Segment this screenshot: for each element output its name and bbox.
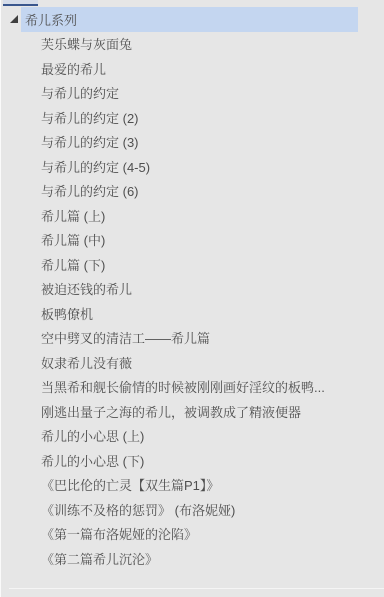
- tree-item[interactable]: 希儿的小心思 (下): [1, 448, 384, 473]
- tree-item-label: 希儿篇 (上): [41, 206, 105, 225]
- tree-item[interactable]: 与希儿的约定: [1, 81, 384, 106]
- tree-item[interactable]: 希儿篇 (中): [1, 228, 384, 253]
- tree-item[interactable]: 奴隶希儿没有薇: [1, 350, 384, 375]
- tree-item[interactable]: 被迫还钱的希儿: [1, 277, 384, 302]
- tree-item-label: 希儿篇 (下): [41, 255, 105, 274]
- tree-item-label: 《训练不及格的惩罚》 (布洛妮娅): [41, 500, 235, 519]
- tree-item-label: 希儿的小心思 (下): [41, 451, 144, 470]
- tree-item-label: 空中劈叉的清洁工——希儿篇: [41, 328, 210, 347]
- tree-item[interactable]: 《训练不及格的惩罚》 (布洛妮娅): [1, 497, 384, 522]
- tree-item-label: 希儿篇 (中): [41, 230, 105, 249]
- tree-item[interactable]: 空中劈叉的清洁工——希儿篇: [1, 326, 384, 351]
- chapter-tree: 希儿系列 芙乐蝶与灰面兔 最爱的希儿 与希儿的约定 与希儿的约定 (2): [1, 7, 384, 571]
- tree-item-label: 与希儿的约定 (2): [41, 108, 139, 127]
- tree-item[interactable]: 希儿篇 (上): [1, 203, 384, 228]
- tree-item-label: 《第一篇布洛妮娅的沦陷》: [41, 524, 197, 543]
- tree-item-label: 当黑希和舰长偷情的时候被刚刚画好淫纹的板鸭...: [41, 377, 325, 396]
- tree-item[interactable]: 芙乐蝶与灰面兔: [1, 32, 384, 57]
- tree-item-label: 与希儿的约定: [41, 83, 119, 102]
- tree-root-item[interactable]: 希儿系列: [1, 7, 384, 32]
- tree-item-label: 与希儿的约定 (3): [41, 132, 139, 151]
- tree-item-label: 与希儿的约定 (6): [41, 181, 139, 200]
- tree-items: 芙乐蝶与灰面兔 最爱的希儿 与希儿的约定 与希儿的约定 (2) 与希儿的约定 (…: [1, 32, 384, 571]
- panel-tab-stub[interactable]: [3, 0, 38, 6]
- tree-item[interactable]: 希儿篇 (下): [1, 252, 384, 277]
- bottom-divider: [9, 588, 384, 589]
- tree-item[interactable]: 《第二篇希儿沉沦》: [1, 546, 384, 571]
- outline-panel: 希儿系列 芙乐蝶与灰面兔 最爱的希儿 与希儿的约定 与希儿的约定 (2): [0, 0, 384, 597]
- tree-item[interactable]: 与希儿的约定 (2): [1, 105, 384, 130]
- tree-item[interactable]: 与希儿的约定 (3): [1, 130, 384, 155]
- tree-item[interactable]: 与希儿的约定 (4-5): [1, 154, 384, 179]
- tree-item[interactable]: 板鸭僚机: [1, 301, 384, 326]
- tree-item-label: 希儿的小心思 (上): [41, 426, 144, 445]
- tree-root-label: 希儿系列: [25, 10, 77, 29]
- tree-item[interactable]: 《第一篇布洛妮娅的沦陷》: [1, 522, 384, 547]
- tree-item[interactable]: 当黑希和舰长偷情的时候被刚刚画好淫纹的板鸭...: [1, 375, 384, 400]
- tree-item[interactable]: 刚逃出量子之海的希儿，被调教成了精液便器: [1, 399, 384, 424]
- tree-item-label: 芙乐蝶与灰面兔: [41, 34, 132, 53]
- tree-item[interactable]: 与希儿的约定 (6): [1, 179, 384, 204]
- tree-item[interactable]: 希儿的小心思 (上): [1, 424, 384, 449]
- expand-collapse-icon[interactable]: [9, 14, 19, 24]
- tree-item-label: 与希儿的约定 (4-5): [41, 157, 150, 176]
- tree-item-label: 《第二篇希儿沉沦》: [41, 549, 158, 568]
- tree-item[interactable]: 最爱的希儿: [1, 56, 384, 81]
- tree-item-label: 板鸭僚机: [41, 304, 93, 323]
- tree-item-label: 被迫还钱的希儿: [41, 279, 132, 298]
- tree-item-label: 《巴比伦的亡灵【双生篇P1】》: [41, 475, 219, 494]
- tree-item[interactable]: 《巴比伦的亡灵【双生篇P1】》: [1, 473, 384, 498]
- tree-item-label: 刚逃出量子之海的希儿，被调教成了精液便器: [41, 402, 301, 421]
- tree-item-label: 最爱的希儿: [41, 59, 106, 78]
- tree-item-label: 奴隶希儿没有薇: [41, 353, 132, 372]
